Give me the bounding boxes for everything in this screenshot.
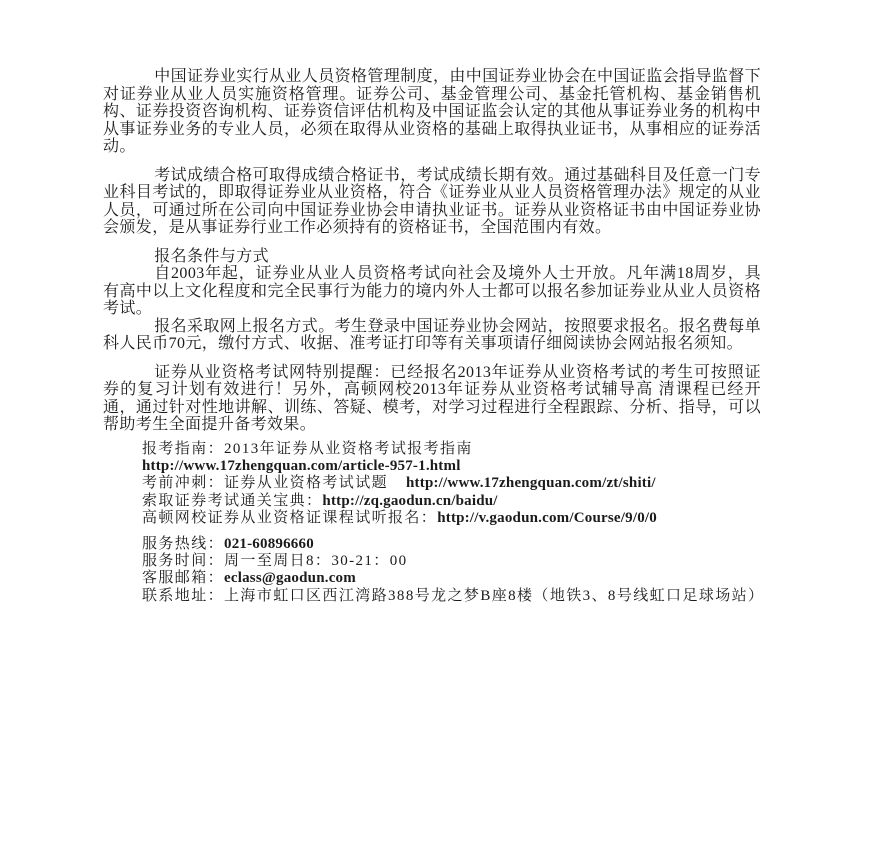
contact-row-hotline: 服务热线：021-60896660 — [142, 536, 761, 553]
support-email-label: 客服邮箱： — [142, 570, 224, 586]
document-page: 中国证券业实行从业人员资格管理制度，由中国证券业协会在中国证监会指导监督下对证券… — [0, 0, 870, 842]
contact-row-address: 联系地址：上海市虹口区西江湾路388号龙之梦B座8楼（地铁3、8号线虹口足球场站… — [142, 588, 761, 605]
course-trial-url-link[interactable]: http://v.gaodun.com/Course/9/0/0 — [437, 510, 657, 526]
office-address-value: 上海市虹口区西江湾路388号龙之梦B座8楼（地铁3、8号线虹口足球场站） — [224, 588, 764, 604]
link-row-guide: 报考指南：2013年证券从业资格考试报考指南 — [142, 441, 761, 458]
link-row-guide-url: http://www.17zhengquan.com/article-957-1… — [142, 458, 761, 475]
link-row-course-trial: 高顿网校证券从业资格证课程试听报名：http://v.gaodun.com/Co… — [142, 510, 761, 527]
paragraph-registration-method: 报名采取网上报名方式。考生登录中国证券业协会网站，按照要求报名。报名费每单科人民… — [103, 318, 761, 353]
sprint-url-link[interactable]: http://www.17zhengquan.com/zt/shiti/ — [406, 475, 656, 491]
hotline-number: 021-60896660 — [224, 536, 314, 552]
document-content: 中国证券业实行从业人员资格管理制度，由中国证券业协会在中国证监会指导监督下对证券… — [103, 68, 761, 605]
link-row-sprint: 考前冲刺：证券从业资格考试试题http://www.17zhengquan.co… — [142, 475, 761, 492]
service-hours-label: 服务时间： — [142, 553, 224, 569]
link-handbook-label: 索取证券考试通关宝典： — [142, 493, 322, 509]
service-hours-value: 周一至周日8：30-21：00 — [224, 553, 408, 569]
link-guide-label: 报考指南： — [142, 441, 224, 457]
exam-links-section: 报考指南：2013年证券从业资格考试报考指南 http://www.17zhen… — [142, 441, 761, 528]
handbook-url-link[interactable]: http://zq.gaodun.cn/baidu/ — [322, 493, 497, 509]
paragraph-eligibility: 自2003年起，证券业从业人员资格考试向社会及境外人士开放。凡年满18周岁，具有… — [103, 265, 761, 318]
hotline-label: 服务热线： — [142, 536, 224, 552]
contact-section: 服务热线：021-60896660 服务时间：周一至周日8：30-21：00 客… — [142, 536, 761, 606]
link-row-handbook: 索取证券考试通关宝典：http://zq.gaodun.cn/baidu/ — [142, 493, 761, 510]
link-guide-title: 2013年证券从业资格考试报考指南 — [224, 441, 473, 457]
contact-row-hours: 服务时间：周一至周日8：30-21：00 — [142, 553, 761, 570]
paragraph-industry-system: 中国证券业实行从业人员资格管理制度，由中国证券业协会在中国证监会指导监督下对证券… — [103, 68, 761, 156]
support-email-address[interactable]: eclass@gaodun.com — [224, 570, 356, 586]
section-heading-registration: 报名条件与方式 — [103, 248, 761, 266]
paragraph-certificate-rules: 考试成绩合格可取得成绩合格证书，考试成绩长期有效。通过基础科目及任意一门专业科目… — [103, 167, 761, 237]
contact-row-email: 客服邮箱：eclass@gaodun.com — [142, 570, 761, 587]
office-address-label: 联系地址： — [142, 588, 224, 604]
paragraph-special-reminder: 证券从业资格考试网特别提醒：已经报名2013年证券从业资格考试的考生可按照证券的… — [103, 364, 761, 434]
guide-url-link[interactable]: http://www.17zhengquan.com/article-957-1… — [142, 458, 461, 474]
link-sprint-label: 考前冲刺：证券从业资格考试试题 — [142, 475, 388, 491]
link-course-trial-label: 高顿网校证券从业资格证课程试听报名： — [142, 510, 437, 526]
